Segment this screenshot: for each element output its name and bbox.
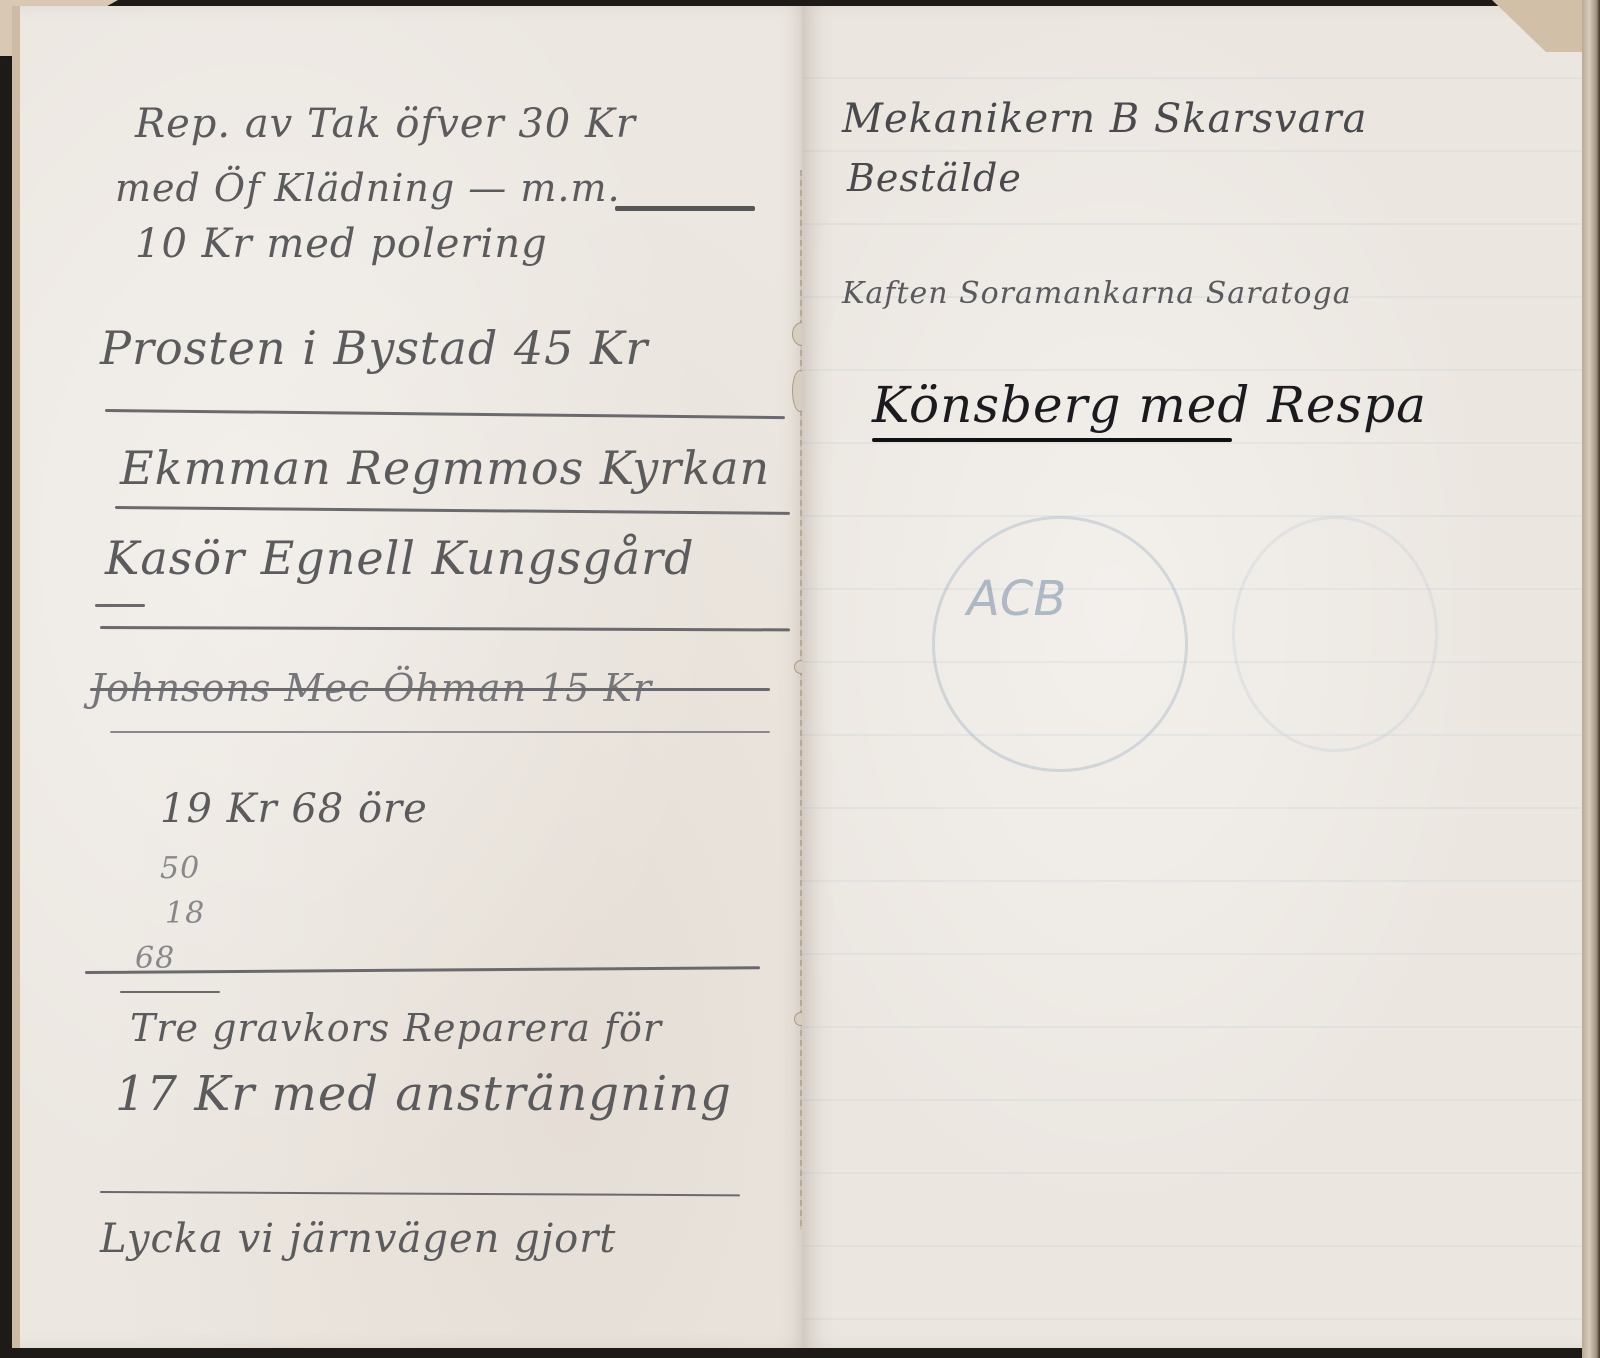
sum-line-2: 50 — [160, 851, 200, 886]
entry-line-4-ink: Könsberg med Respa — [872, 376, 1427, 434]
stamp-text: ACB — [967, 571, 1066, 627]
right-page: Mekanikern B Skarsvara Bestälde Kaften S… — [802, 6, 1582, 1348]
entry-line-5-struck: Ekmman Regmmos Kyrkan — [120, 441, 770, 495]
sum-line-3: 18 — [165, 896, 205, 931]
entry-line-2: med Öf Klädning — m.m. — [115, 166, 621, 210]
left-page: Rep. av Tak öfver 30 Kr med Öf Klädning … — [12, 6, 810, 1348]
faint-stamp — [932, 516, 1188, 772]
strike-through-line — [115, 506, 790, 515]
ink-underline — [872, 438, 1232, 442]
entry-line-13: 17 Kr med ansträngning — [115, 1066, 732, 1122]
divider-line — [105, 409, 785, 419]
divider-line — [100, 1191, 740, 1196]
entry-line-4: Prosten i Bystad 45 Kr — [100, 321, 648, 375]
entry-line-3: Kaften Soramankarna Saratoga — [842, 276, 1352, 311]
strike-through-line — [90, 688, 770, 691]
faint-stamp-impression — [1232, 516, 1438, 752]
entry-line-14: Lycka vi järnvägen gjort — [100, 1216, 616, 1262]
entry-line-2: Bestälde — [847, 156, 1022, 200]
notebook-spread: Rep. av Tak öfver 30 Kr med Öf Klädning … — [0, 0, 1600, 1358]
entry-line-12: Tre gravkors Reparera för — [130, 1006, 662, 1050]
entry-line-3: 10 Kr med polering — [135, 221, 548, 267]
entry-line-6-struck: Kasör Egnell Kungsgård — [105, 531, 695, 585]
strike-through-line — [100, 626, 790, 631]
dash-mark — [95, 604, 145, 607]
sum-line-1: 19 Kr 68 öre — [160, 786, 428, 832]
underline — [615, 206, 755, 211]
divider-line — [85, 966, 760, 974]
entry-line-1: Rep. av Tak öfver 30 Kr — [135, 101, 636, 147]
page-edges — [1582, 0, 1600, 1358]
divider-line — [110, 731, 770, 733]
dash-mark — [120, 991, 220, 993]
entry-line-1: Mekanikern B Skarsvara — [842, 96, 1367, 142]
